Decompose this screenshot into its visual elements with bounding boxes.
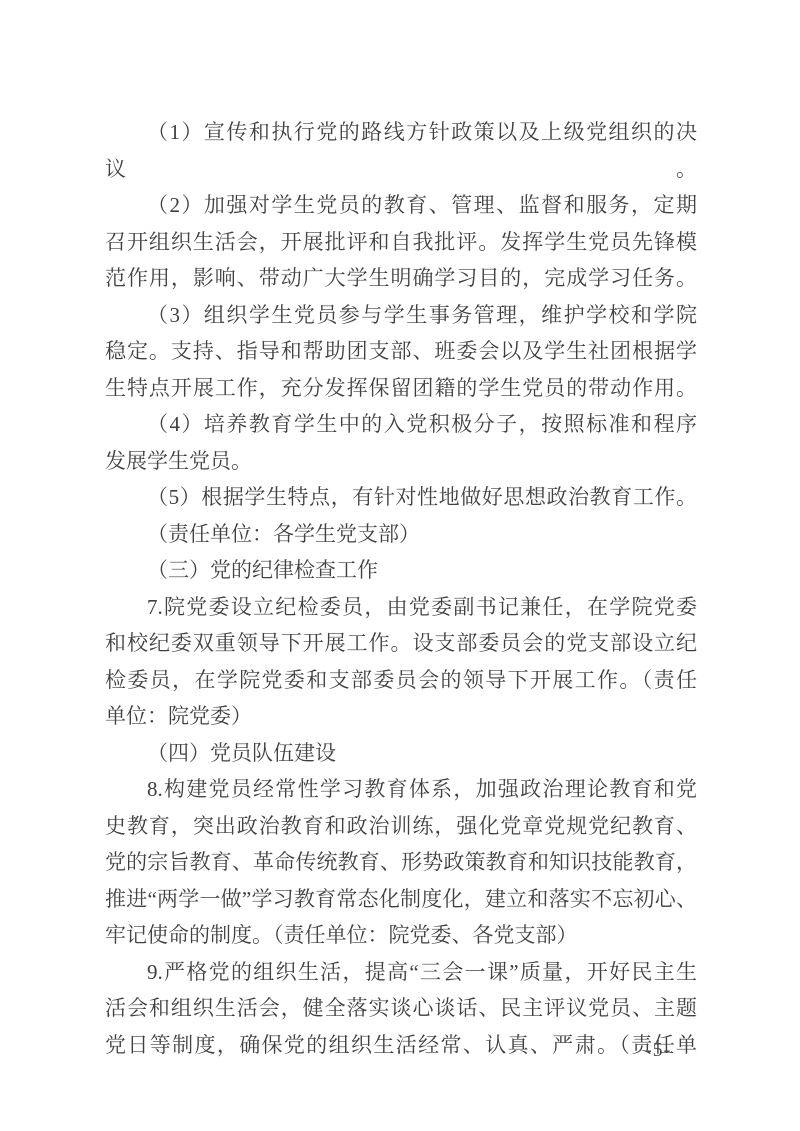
- paragraph: （1）宣传和执行党的路线方针政策以及上级党组织的决议。: [105, 114, 697, 187]
- text-line: 发展学生党员。: [105, 443, 697, 480]
- paragraph: （2）加强对学生党员的教育、管理、监督和服务，定期召开组织生活会，开展批评和自我…: [105, 187, 697, 297]
- paragraph: 7.院党委设立纪检委员，由党委副书记兼任，在学院党委和校纪委双重领导下开展工作。…: [105, 589, 697, 735]
- text-line: （5）根据学生特点，有针对性地做好思想政治教育工作。: [105, 479, 697, 516]
- text-line: （四）党员队伍建设: [105, 735, 697, 772]
- paragraph: 8.构建党员经常性学习教育体系，加强政治理论教育和党史教育，突出政治教育和政治训…: [105, 771, 697, 954]
- paragraph: （四）党员队伍建设: [105, 735, 697, 772]
- document-body: （1）宣传和执行党的路线方针政策以及上级党组织的决议。（2）加强对学生党员的教育…: [105, 114, 697, 1063]
- text-line: 活会和组织生活会，健全落实谈心谈话、民主评议党员、主题: [105, 990, 697, 1027]
- text-line: （3）组织学生党员参与学生事务管理，维护学校和学院: [105, 297, 697, 334]
- text-line: 党日等制度，确保党的组织生活经常、认真、严肃。（责任单: [105, 1027, 697, 1064]
- text-line: 推进“两学一做”学习教育常态化制度化，建立和落实不忘初心、: [105, 881, 697, 918]
- text-line: 牢记使命的制度。（责任单位：院党委、各党支部）: [105, 917, 697, 954]
- text-line: 召开组织生活会，开展批评和自我批评。发挥学生党员先锋模: [105, 224, 697, 261]
- paragraph: （责任单位：各学生党支部）: [105, 516, 697, 553]
- paragraph: （3）组织学生党员参与学生事务管理，维护学校和学院稳定。支持、指导和帮助团支部、…: [105, 297, 697, 407]
- text-line: 8.构建党员经常性学习教育体系，加强政治理论教育和党: [105, 771, 697, 808]
- text-line: 单位：院党委）: [105, 698, 697, 735]
- text-line: 和校纪委双重领导下开展工作。设支部委员会的党支部设立纪: [105, 625, 697, 662]
- text-line: （责任单位：各学生党支部）: [105, 516, 697, 553]
- text-line: 检委员，在学院党委和支部委员会的领导下开展工作。（责任: [105, 662, 697, 699]
- text-line: 史教育，突出政治教育和政治训练，强化党章党规党纪教育、: [105, 808, 697, 845]
- text-line: 党的宗旨教育、革命传统教育、形势政策教育和知识技能教育，: [105, 844, 697, 881]
- paragraph: （三）党的纪律检查工作: [105, 552, 697, 589]
- paragraph: （5）根据学生特点，有针对性地做好思想政治教育工作。: [105, 479, 697, 516]
- text-line: 稳定。支持、指导和帮助团支部、班委会以及学生社团根据学: [105, 333, 697, 370]
- text-line: 范作用，影响、带动广大学生明确学习目的，完成学习任务。: [105, 260, 697, 297]
- document-page: （1）宣传和执行党的路线方针政策以及上级党组织的决议。（2）加强对学生党员的教育…: [0, 0, 800, 1131]
- paragraph: （4）培养教育学生中的入党积极分子，按照标准和程序发展学生党员。: [105, 406, 697, 479]
- text-line: 9.严格党的组织生活，提高“三会一课”质量，开好民主生: [105, 954, 697, 991]
- paragraph: 9.严格党的组织生活，提高“三会一课”质量，开好民主生活会和组织生活会，健全落实…: [105, 954, 697, 1064]
- text-line: （2）加强对学生党员的教育、管理、监督和服务，定期: [105, 187, 697, 224]
- text-line: （三）党的纪律检查工作: [105, 552, 697, 589]
- text-line: （1）宣传和执行党的路线方针政策以及上级党组织的决议。: [105, 114, 697, 187]
- text-line: （4）培养教育学生中的入党积极分子，按照标准和程序: [105, 406, 697, 443]
- page-number: -5-: [645, 1038, 671, 1062]
- text-line: 7.院党委设立纪检委员，由党委副书记兼任，在学院党委: [105, 589, 697, 626]
- text-line: 生特点开展工作，充分发挥保留团籍的学生党员的带动作用。: [105, 370, 697, 407]
